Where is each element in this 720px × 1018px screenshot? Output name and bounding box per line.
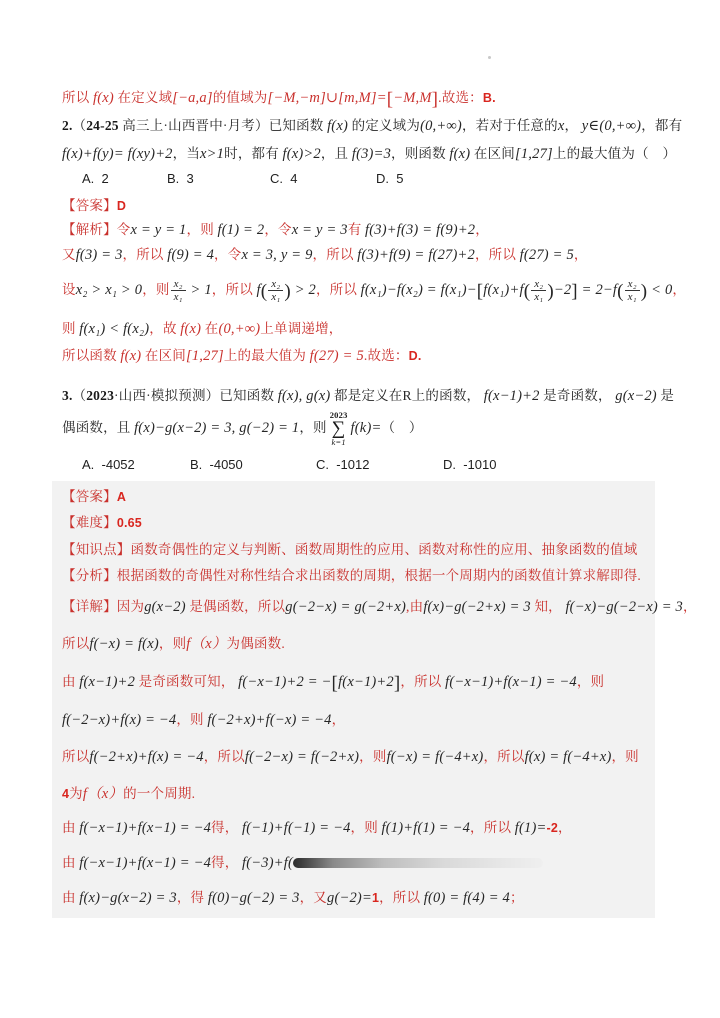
- text-run: ，则: [611, 749, 638, 764]
- text-run: f(9) = 4: [167, 247, 214, 263]
- text-run: f(x)−g(−2+x) = 3: [423, 599, 531, 615]
- text-run: ，则: [577, 674, 604, 689]
- text-run: f(27) = 5: [310, 348, 364, 364]
- text-run: 【难度】: [62, 515, 117, 530]
- text-run: f(x)>2: [283, 146, 321, 162]
- q3-options-row: A. -4052 B. -4050 C. -1012 D. -1010: [0, 457, 720, 477]
- text-run: f（x）: [83, 786, 123, 802]
- text-run: 设: [62, 282, 76, 297]
- q2-stem-line-1: 2.（24-25 高三上·山西晋中·月考）已知函数 f(x) 的定义域为(0,+…: [62, 116, 682, 136]
- q3-detail-line-1: 【详解】因为g(x−2) 是偶函数，所以g(−2−x) = g(−2+x),由f…: [62, 597, 697, 617]
- text-run: f(x) = f(−4+x): [525, 749, 612, 765]
- text-run: 在: [201, 321, 218, 336]
- text-run: ，所以: [204, 749, 245, 764]
- text-run: 都是定义在R上的函数，: [330, 388, 483, 403]
- text-run: f(x): [327, 118, 348, 134]
- text-run: f(1)+f(1) = −4: [382, 820, 471, 836]
- q3-option-a: A. -4052: [82, 457, 135, 472]
- redacted-smudge: [293, 858, 543, 868]
- page-artifact-dot: [488, 56, 491, 59]
- fraction: x₂x₁: [625, 278, 640, 304]
- text-run: D.: [409, 349, 422, 363]
- text-run: f(−2−x) = f(−2+x): [245, 749, 359, 765]
- text-run: f(1)=: [515, 820, 547, 836]
- text-run: （: [73, 118, 87, 133]
- text-run: ，则: [142, 282, 169, 297]
- text-run: f(3)+f(9) = f(27)+2: [357, 247, 475, 263]
- text-run: （ ）: [381, 420, 422, 435]
- text-run: 由: [62, 855, 79, 870]
- text-run: ，: [475, 222, 489, 237]
- q3-difficulty-line: 【难度】0.65: [62, 513, 142, 533]
- q2-option-c: C. 4: [270, 171, 297, 186]
- text-run: g(x−2): [144, 599, 186, 615]
- text-run: f(k)=: [351, 420, 382, 436]
- text-run: ，所以: [123, 247, 168, 262]
- summation-symbol: 2023∑k=1: [330, 411, 348, 447]
- text-run: 【知识点】函数奇偶性的定义与判断、函数周期性的应用、函数对称性的应用、抽象函数的…: [62, 542, 637, 557]
- text-run: g(x−2): [615, 388, 657, 404]
- text-run: ，则: [187, 222, 218, 237]
- text-run: f(0)−g(−2) = 3: [208, 890, 300, 906]
- q3-knowledge-line: 【知识点】函数奇偶性的定义与判断、函数周期性的应用、函数对称性的应用、抽象函数的…: [62, 540, 637, 559]
- text-run: ，: [672, 282, 686, 297]
- q3-detail-line-4: f(−2−x)+f(x) = −4，则 f(−2+x)+f(−x) = −4，: [62, 710, 345, 730]
- text-run: 由: [62, 890, 79, 905]
- text-run: 高三上·山西晋中·月考）已知函数: [119, 118, 327, 133]
- text-run: 0.65: [117, 516, 142, 530]
- text-run: 在区间: [141, 348, 186, 363]
- text-run: 是奇函数可知，: [135, 674, 238, 689]
- text-run: [1,27]: [515, 146, 553, 162]
- text-run: f(x)−g(x−2) = 3: [79, 890, 177, 906]
- text-run: f(x₁)+f: [483, 282, 523, 298]
- text-run: 得，: [211, 820, 242, 835]
- text-run: < 0: [647, 282, 672, 298]
- text-run: 是偶函数，所以: [186, 599, 285, 614]
- text-run: B.: [483, 91, 496, 105]
- text-run: ，令: [264, 222, 291, 237]
- text-run: 的定义域为: [348, 118, 420, 133]
- text-run: 所以: [62, 749, 89, 764]
- text-run: −M,M: [393, 90, 431, 106]
- q3-option-c: C. -1012: [316, 457, 369, 472]
- text-run: 所以: [62, 90, 93, 105]
- text-run: f(0) = f(4) = 4: [424, 890, 510, 906]
- text-run: ，所以: [475, 247, 520, 262]
- text-run: 所以: [62, 636, 89, 651]
- text-run: 2023: [86, 388, 114, 403]
- text-run: .故选：: [364, 348, 409, 363]
- text-run: 上的最大值为（ ）: [553, 146, 676, 161]
- text-run: 知，: [531, 599, 566, 614]
- q3-option-b: B. -4050: [190, 457, 243, 472]
- q2-option-b: B. 3: [167, 171, 194, 186]
- text-run: f(x−1)+2: [338, 674, 394, 690]
- text-run: [−a,a]: [172, 90, 212, 106]
- text-run: 的值域为: [213, 90, 268, 105]
- text-run: 上单调递增，: [260, 321, 342, 336]
- text-run: ，: [558, 820, 572, 835]
- text-run: 时，都有: [224, 146, 282, 161]
- text-run: f(3)=3: [352, 146, 391, 162]
- text-run: f(x)+f(y)= f(xy)+2: [62, 146, 173, 162]
- text-run: 得，: [211, 855, 242, 870]
- text-run: f(−x−1)+2 = −: [238, 674, 331, 690]
- text-run: A: [117, 490, 126, 504]
- text-run: ，所以: [379, 890, 424, 905]
- text-run: ，则: [299, 420, 326, 435]
- text-run: f(x): [449, 146, 470, 162]
- text-run: x = 3, y = 9: [241, 247, 312, 263]
- q2-solution-line-5: 所以函数 f(x) 在区间[1,27]上的最大值为 f(27) = 5.故选：D…: [62, 346, 422, 366]
- text-run: ，: [683, 599, 697, 614]
- q2-option-a: A. 2: [82, 171, 109, 186]
- text-run: = 2−f: [578, 282, 617, 298]
- q3-detail-line-6: 4为f（x）的一个周期.: [62, 784, 195, 804]
- q3-option-d: D. -1010: [443, 457, 496, 472]
- text-run: (: [617, 281, 624, 302]
- text-run: f(−2+x)+f(x) = −4: [89, 749, 203, 765]
- text-run: > 2: [291, 282, 316, 298]
- text-run: 【解析】令: [62, 222, 131, 237]
- text-run: 所以函数: [62, 348, 120, 363]
- text-run: -2: [546, 821, 558, 835]
- text-run: y∈(0,+∞): [582, 118, 641, 134]
- fraction: x₂x₁: [171, 278, 186, 304]
- text-run: 2.: [62, 118, 73, 133]
- text-run: 为偶函数.: [227, 636, 285, 651]
- text-run: f(1) = 2: [217, 222, 264, 238]
- text-run: 【答案】: [62, 198, 117, 213]
- text-run: 由: [62, 820, 79, 835]
- text-run: D: [117, 199, 126, 213]
- q3-detail-line-7: 由 f(−x−1)+f(x−1) = −4得， f(−1)+f(−1) = −4…: [62, 818, 572, 838]
- q3-detail-line-2: 所以f(−x) = f(x)，则f（x）为偶函数.: [62, 634, 285, 654]
- text-run: x₂ > x₁ > 0: [76, 282, 142, 298]
- text-run: f（x）: [186, 636, 226, 652]
- q2-stem-line-2: f(x)+f(y)= f(xy)+2，当x>1时，都有 f(x)>2，且 f(3…: [62, 144, 676, 164]
- q3-analysis-line: 【分析】根据函数的奇偶性对称性结合求出函数的周期，根据一个周期内的函数值计算求解…: [62, 566, 641, 585]
- text-run: 为: [69, 786, 83, 801]
- text-run: 【答案】: [62, 489, 117, 504]
- text-run: 3.: [62, 388, 73, 403]
- q2-solution-line-3: 设x₂ > x₁ > 0，则x₂x₁ > 1，所以 f(x₂x₁) > 2，所以…: [62, 268, 686, 314]
- q3-stem-line-1: 3.（2023·山西·模拟预测）已知函数 f(x), g(x) 都是定义在R上的…: [62, 386, 674, 406]
- text-run: f(x): [120, 348, 141, 364]
- q2-option-d: D. 5: [376, 171, 403, 186]
- text-run: (: [524, 281, 531, 302]
- text-run: f(−3)+f(: [242, 855, 293, 871]
- text-run: ，所以: [470, 820, 515, 835]
- text-run: f(−x−1)+f(x−1) = −4: [445, 674, 577, 690]
- text-run: ，当: [173, 146, 200, 161]
- text-run: 在区间: [470, 146, 515, 161]
- q2-solution-line-4: 则 f(x₁) < f(x₂)，故 f(x) 在(0,+∞)上单调递增，: [62, 319, 343, 339]
- fraction: x₂x₁: [268, 278, 283, 304]
- text-run: ，所以: [483, 749, 524, 764]
- text-run: 【分析】根据函数的奇偶性对称性结合求出函数的周期，根据一个周期内的函数值计算求解…: [62, 568, 641, 583]
- text-run: ，则: [359, 749, 386, 764]
- text-run: ，得: [177, 890, 208, 905]
- text-run: ，则: [159, 636, 186, 651]
- q3-detail-line-3: 由 f(x−1)+2 是奇函数可知， f(−x−1)+2 = −[f(x−1)+…: [62, 672, 604, 693]
- text-run: 有: [348, 222, 365, 237]
- text-run: f(−x) = f(−4+x): [387, 749, 484, 765]
- text-run: f(x−1)+2: [79, 674, 135, 690]
- q2-solution-line-1: 【解析】令x = y = 1，则 f(1) = 2，令x = y = 3有 f(…: [62, 220, 489, 240]
- text-run: f(x), g(x): [278, 388, 331, 404]
- q3-answer-line: 【答案】A: [62, 487, 126, 507]
- text-run: ，: [574, 247, 588, 262]
- document-page: 所以 f(x) 在定义域[−a,a]的值域为[−M,−m]∪[m,M]=[−M,…: [0, 0, 720, 1018]
- text-run: ，则: [176, 712, 207, 727]
- text-run: 又: [62, 247, 76, 262]
- text-run: ，: [564, 118, 581, 133]
- text-run: f(3) = 3: [76, 247, 123, 263]
- text-run: ，所以: [313, 247, 358, 262]
- text-run: ；: [510, 890, 524, 905]
- text-run: f(−x−1)+f(x−1) = −4: [79, 820, 211, 836]
- text-run: 【详解】因为: [62, 599, 144, 614]
- text-run: ，都有: [641, 118, 682, 133]
- text-run: ，又: [300, 890, 327, 905]
- q3-detail-line-9: 由 f(x)−g(x−2) = 3，得 f(0)−g(−2) = 3，又g(−2…: [62, 888, 524, 908]
- text-run: f(x−1)+2: [484, 388, 540, 404]
- text-run: f(−x)−g(−2−x) = 3: [565, 599, 683, 615]
- text-run: g(−2−x) = g(−2+x): [285, 599, 406, 615]
- text-run: ，则: [351, 820, 382, 835]
- text-run: ，若对于任意的: [462, 118, 558, 133]
- text-run: 的一个周期.: [123, 786, 195, 801]
- text-run: (0,+∞): [420, 118, 462, 134]
- text-run: 偶函数，且: [62, 420, 134, 435]
- text-run: [1,27]: [186, 348, 224, 364]
- text-run: （: [73, 388, 87, 403]
- text-run: ，所以: [316, 282, 361, 297]
- q2-options-row: A. 2 B. 3 C. 4 D. 5: [0, 171, 720, 191]
- text-run: [−M,−m]∪[m,M]=: [268, 90, 387, 106]
- text-run: ，故: [149, 321, 180, 336]
- text-run: f(−x) = f(x): [89, 636, 158, 652]
- text-run: ，且: [321, 146, 352, 161]
- text-run: x>1: [200, 146, 224, 162]
- text-run: f(x₁)−f(x₂) = f(x₁)−: [361, 282, 477, 298]
- text-run: 是奇函数，: [540, 388, 616, 403]
- text-run: f(x): [180, 321, 201, 337]
- text-run: ,由: [406, 599, 423, 614]
- q2-solution-line-2: 又f(3) = 3，所以 f(9) = 4，令x = 3, y = 9，所以 f…: [62, 245, 588, 265]
- text-run: f(−x−1)+f(x−1) = −4: [79, 855, 211, 871]
- text-run: ，: [332, 712, 346, 727]
- text-run: ，所以: [400, 674, 445, 689]
- text-run: 由: [62, 674, 79, 689]
- q3-detail-line-5: 所以f(−2+x)+f(x) = −4，所以f(−2−x) = f(−2+x)，…: [62, 747, 639, 767]
- text-run: x = y = 3: [292, 222, 348, 238]
- text-run: −2: [554, 282, 571, 298]
- text-run: (0,+∞): [218, 321, 260, 337]
- text-run: 24-25: [86, 118, 119, 133]
- text-run: f(3)+f(3) = f(9)+2: [365, 222, 475, 238]
- text-run: f(−1)+f(−1) = −4: [242, 820, 351, 836]
- text-run: f(−2+x)+f(−x) = −4: [207, 712, 331, 728]
- q2-answer-line: 【答案】D: [62, 196, 126, 216]
- text-run: f(x)−g(x−2) = 3, g(−2) = 1: [134, 420, 299, 436]
- q3-stem-line-2: 偶函数，且 f(x)−g(x−2) = 3, g(−2) = 1，则2023∑k…: [62, 408, 423, 448]
- text-run: g(−2)=: [327, 890, 372, 906]
- text-run: 是: [657, 388, 674, 403]
- text-run: .故选：: [438, 90, 483, 105]
- text-run: f(x₁) < f(x₂): [79, 321, 149, 337]
- text-run: f(x): [93, 90, 114, 106]
- text-run: ，则函数: [391, 146, 449, 161]
- fraction: x₂x₁: [531, 278, 546, 304]
- text-run: > 1: [187, 282, 212, 298]
- q1-conclusion-line: 所以 f(x) 在定义域[−a,a]的值域为[−M,−m]∪[m,M]=[−M,…: [62, 88, 496, 109]
- text-run: ，所以: [212, 282, 257, 297]
- text-run: (: [261, 281, 268, 302]
- text-run: f(−2−x)+f(x) = −4: [62, 712, 176, 728]
- q3-detail-line-8: 由 f(−x−1)+f(x−1) = −4得， f(−3)+f(: [62, 853, 543, 873]
- text-run: ，令: [214, 247, 241, 262]
- text-run: 上的最大值为: [224, 348, 310, 363]
- text-run: 则: [62, 321, 79, 336]
- text-run: f(27) = 5: [520, 247, 574, 263]
- text-run: 在定义域: [114, 90, 172, 105]
- text-run: ·山西·模拟预测）已知函数: [114, 388, 278, 403]
- text-run: x = y = 1: [131, 222, 187, 238]
